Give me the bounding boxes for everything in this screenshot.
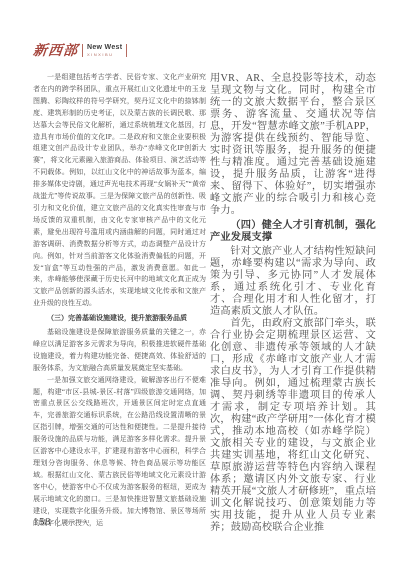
left-paragraph-2: 基础设施建设是保障旅游服务质量的关键之一，赤峰应以满足游客多元需求为导向，积极推… bbox=[33, 327, 206, 375]
journal-page: 新西部 New West XINXIBU 一是组建包括考古学者、民俗专家、文化产… bbox=[0, 0, 402, 564]
logo-divider-right bbox=[126, 44, 127, 57]
footer-divider bbox=[57, 517, 58, 527]
logo-english-block: New West XINXIBU bbox=[87, 44, 122, 57]
right-paragraph-2: 针对文旅产业人才结构性短缺问题，赤峰要构建以“需求为导向、政策为引导、多元协同”… bbox=[210, 246, 376, 318]
logo-english-wordmark: New West bbox=[87, 44, 122, 52]
article-left-column: 一是组建包括考古学者、民俗专家、文化产业研究者在内的跨学科团队，重点开展红山文化… bbox=[33, 72, 206, 529]
page-number: 158 bbox=[33, 516, 51, 528]
logo-divider bbox=[82, 44, 83, 57]
right-section-heading: （四）健全人才引育机制，强化产业发展支撑 bbox=[210, 220, 376, 244]
footer-journal-name: New West bbox=[64, 519, 90, 525]
logo-chinese-wordmark: 新西部 bbox=[32, 44, 78, 58]
page-footer: 158 New West bbox=[33, 515, 90, 529]
right-paragraph-3: 首先，由政府文旅部门牵头，联合行业协会定期梳理景区运营、文化创意、非遗传承等领域… bbox=[210, 318, 376, 534]
left-section-heading: （三）完善基础设施建设，提升旅游服务品质 bbox=[33, 313, 206, 325]
left-paragraph-3: 一是加强文旅交通网络建设，破解游客出行不便难题，构建“市区-县城-景区-村落”四… bbox=[33, 375, 206, 530]
right-paragraph-1: 用VR、AR、全息投影等技术，动态呈现文物与文化。同时，构建全市统一的文旅大数据… bbox=[210, 73, 376, 217]
left-paragraph-1: 一是组建包括考古学者、民俗专家、文化产业研究者在内的跨学科团队，重点开展红山文化… bbox=[33, 72, 206, 310]
logo-subtitle: XINXIBU bbox=[87, 52, 122, 57]
article-right-column: 用VR、AR、全息投影等技术，动态呈现文物与文化。同时，构建全市统一的文旅大数据… bbox=[210, 73, 376, 534]
masthead-logo: 新西部 New West XINXIBU bbox=[33, 41, 131, 60]
